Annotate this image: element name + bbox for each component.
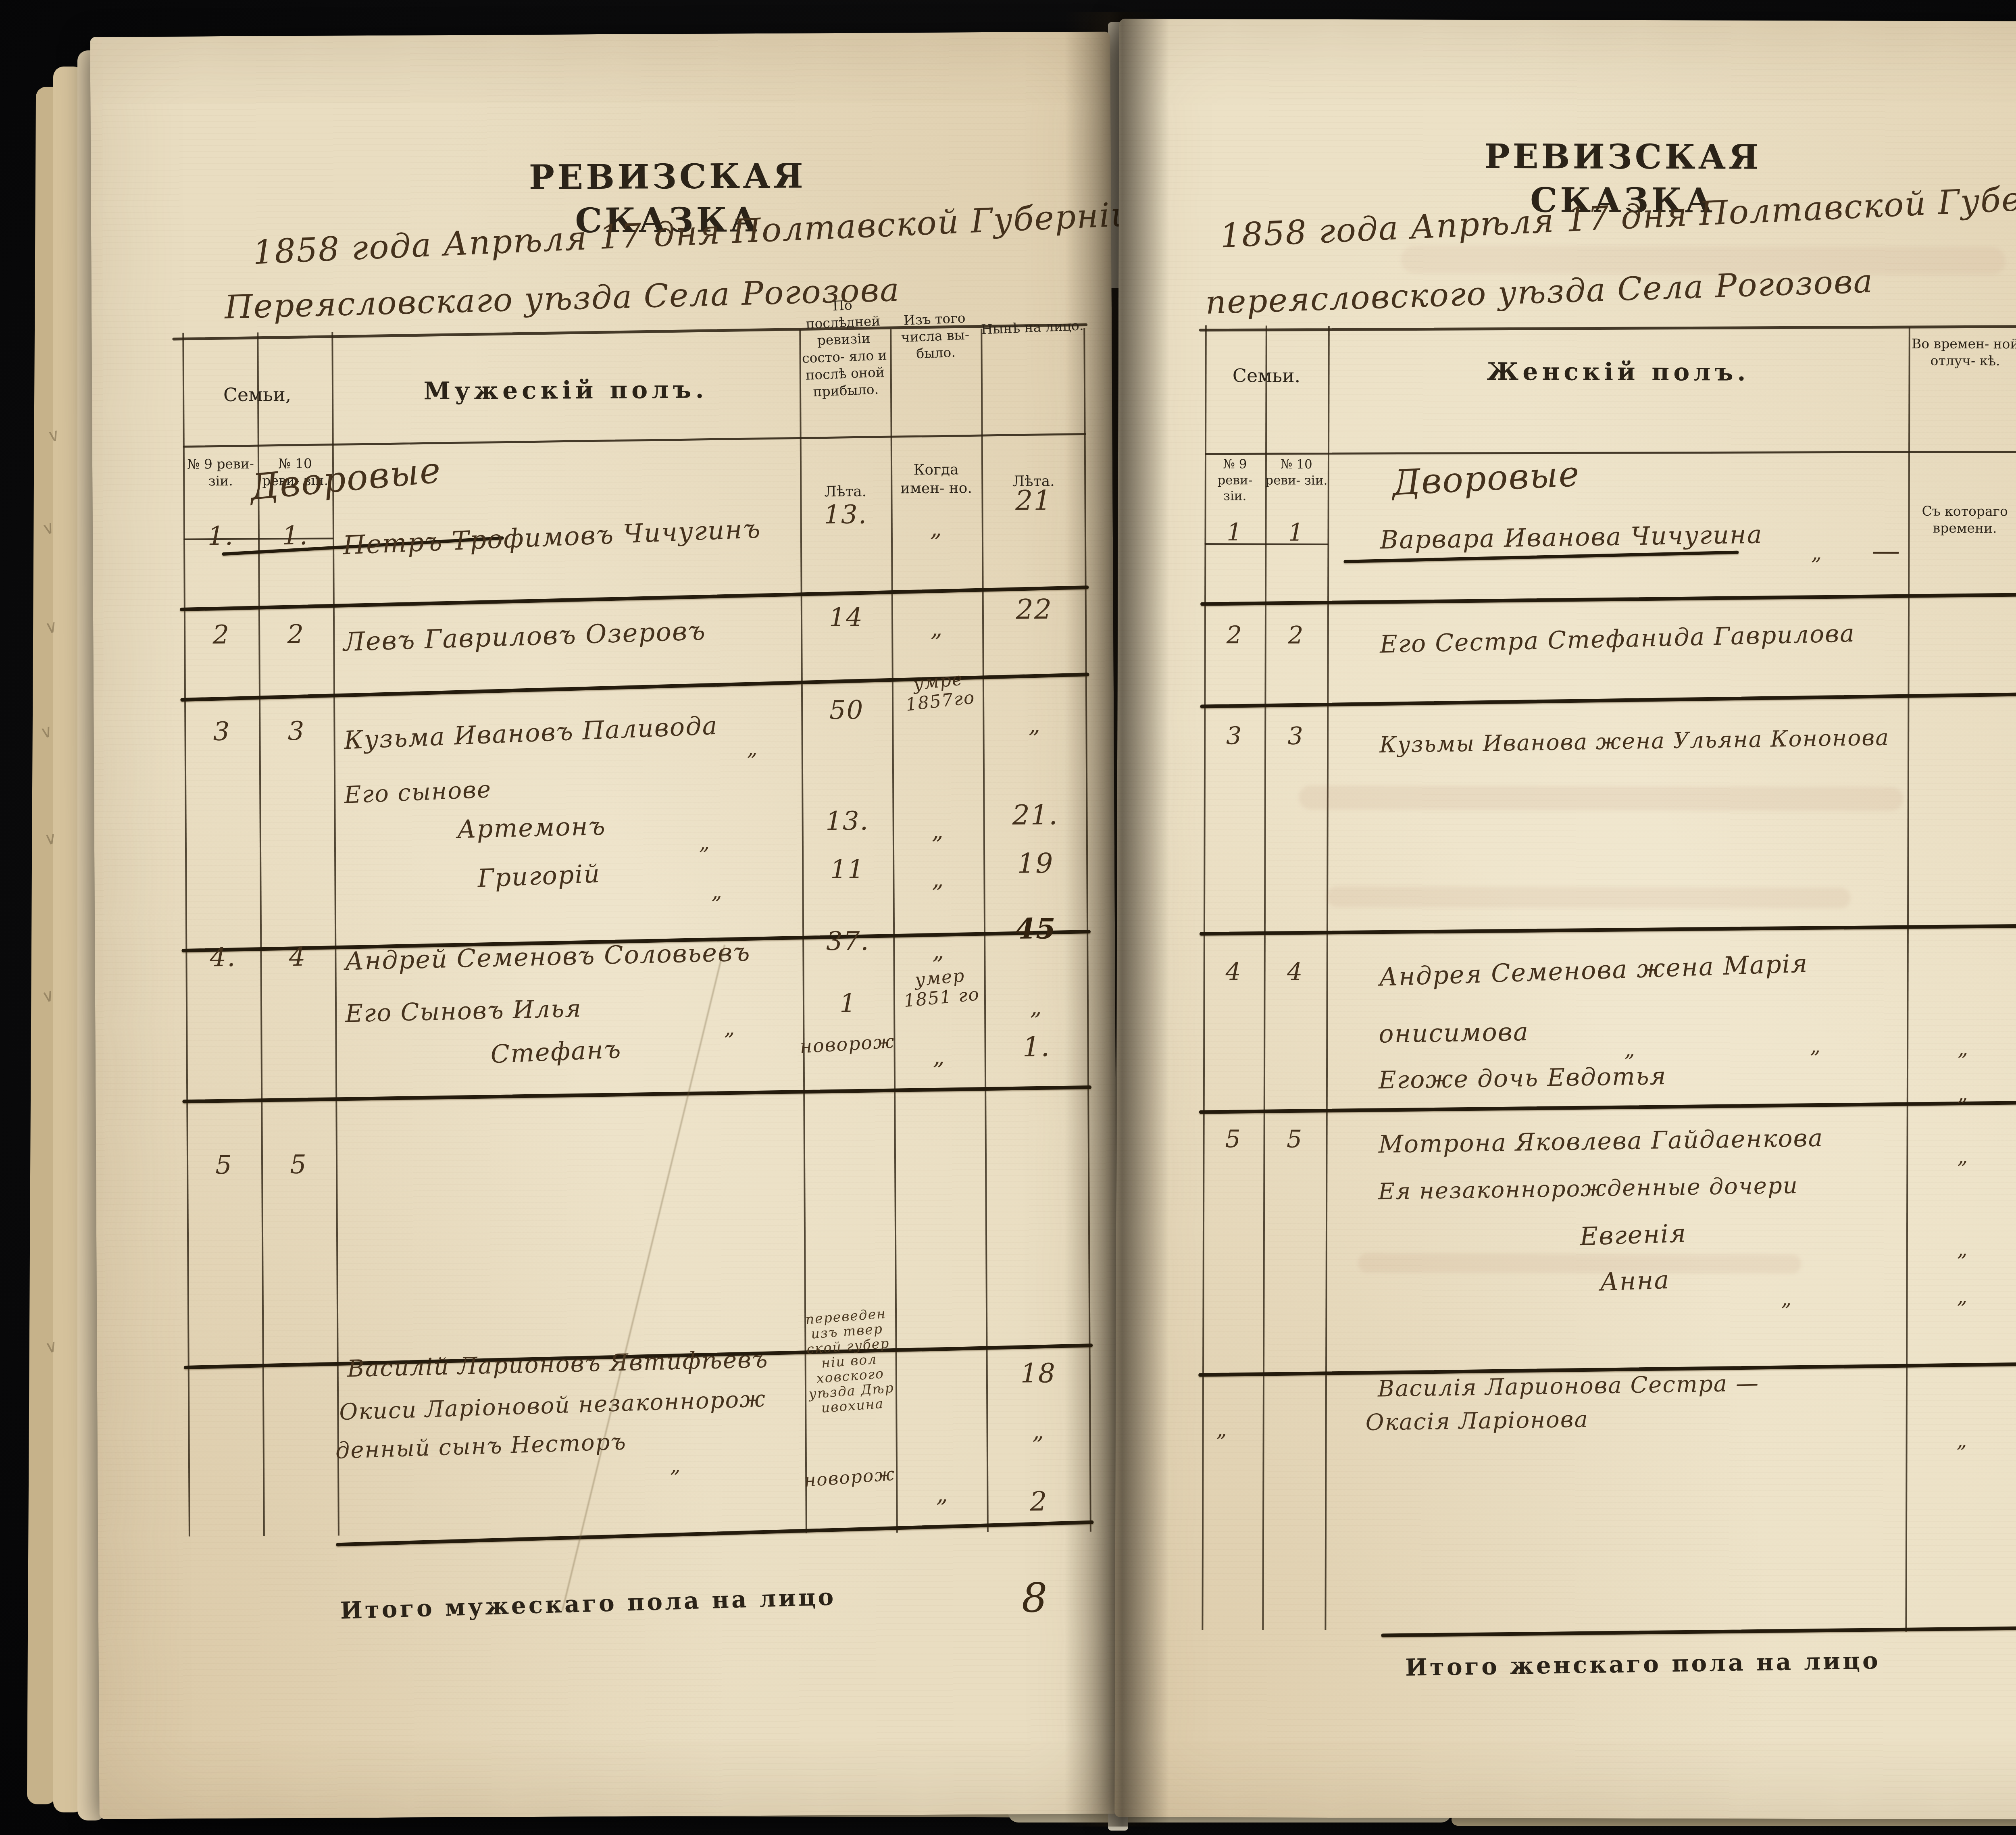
row-n10: 5 xyxy=(1263,1126,1326,1153)
row-separator xyxy=(1381,1625,2016,1637)
row-name: Григорій xyxy=(477,860,601,893)
row-name: Кузьмы Иванова жена Ульяна Кононова xyxy=(1379,725,1890,757)
row-transfer-note: переведен изъ твер ской губер ніи вол хо… xyxy=(798,1306,900,1417)
ditto-mark: „ xyxy=(893,939,984,964)
row-n9: 1 xyxy=(1204,519,1265,546)
ditto-mark: „ xyxy=(891,516,982,542)
col-header-departed: Изъ того числа вы- было. xyxy=(888,309,982,364)
row-name: Кузьма Ивановъ Паливода xyxy=(343,711,718,754)
total-label: Итого мужескаго пола на лицо xyxy=(340,1582,836,1626)
row-separator xyxy=(336,1520,1093,1547)
col-header-female: Женскій полъ. xyxy=(1328,356,1908,389)
row-age-was: 1 xyxy=(803,989,893,1019)
col-header-family: Семьи, xyxy=(183,383,332,407)
row-name-cont: Егоже дочь Евдотья xyxy=(1379,1063,1667,1094)
table-line xyxy=(182,333,190,1536)
pencil-check-mark: ∨ xyxy=(43,828,58,849)
row-n10: 5 xyxy=(261,1151,336,1180)
ditto-mark: „ xyxy=(898,1482,987,1508)
row-age-was: 13. xyxy=(800,500,891,530)
row-name: Левъ Гавриловъ Озеровъ xyxy=(343,617,706,657)
row-separator xyxy=(1200,592,2016,606)
row-name: Его Сестра Стефанида Гаврилова xyxy=(1379,620,1855,658)
ditto-mark: „ xyxy=(1907,1037,2016,1060)
col-header-male: Мужескій полъ. xyxy=(332,374,800,407)
row-n10: 3 xyxy=(1264,723,1327,750)
ditto-mark: „ xyxy=(747,737,758,760)
row-name: Василія Ларионова Сестра — xyxy=(1378,1371,1760,1402)
row-age-was: 50 xyxy=(801,696,892,725)
ditto-mark: „ xyxy=(670,1454,681,1477)
table-line xyxy=(1199,325,2016,331)
table-line xyxy=(331,332,339,1536)
ditto-mark: „ xyxy=(1906,1285,2016,1308)
row-n9: 5 xyxy=(1203,1126,1263,1153)
row-subheading: Ея незаконнорожденные дочери xyxy=(1378,1173,1798,1205)
group-title: Дворовые xyxy=(1391,454,1581,502)
total-label: Итого женскаго пола на лицо xyxy=(1405,1645,1881,1683)
row-n10: 1. xyxy=(258,522,333,551)
row-n9: 5 xyxy=(187,1151,261,1180)
row-n10: 1 xyxy=(1265,519,1327,546)
dash-mark: — xyxy=(1872,535,1901,567)
row-n9: 4. xyxy=(185,943,260,973)
row-age-was: новорож xyxy=(799,1464,901,1491)
row-separator xyxy=(182,1085,1091,1103)
row-n10: 2 xyxy=(1265,622,1327,649)
col-header-last-revision: По послѣдней ревизіи состо- яло и послѣ … xyxy=(796,295,892,401)
row-n9: 2 xyxy=(1204,622,1265,649)
row-age-was: 13. xyxy=(802,807,892,836)
row-n9: 4 xyxy=(1204,958,1264,986)
table-line xyxy=(183,433,1086,448)
ditto-mark: „ xyxy=(893,867,983,893)
row-daughter: Евгенія xyxy=(1579,1219,1687,1251)
col-header-when: Когда имен- но. xyxy=(891,460,981,498)
row-name: Андрей Семеновъ Соловьевъ xyxy=(345,938,751,975)
row-age-was: новорож xyxy=(796,1031,898,1058)
row-name-cont: онисимова xyxy=(1379,1018,1529,1048)
ditto-mark: „ xyxy=(724,1016,735,1039)
row-n10: 2 xyxy=(258,621,333,650)
ditto-mark: „ xyxy=(1216,1418,1228,1441)
row-name: Василій Ларионовъ Явтифѣевъ xyxy=(347,1346,768,1382)
row-n9: 2 xyxy=(184,621,258,650)
row-age-was: 37. xyxy=(802,927,893,956)
row-separator xyxy=(1199,1100,2016,1114)
row-name: Артемонъ xyxy=(457,812,606,844)
ink-bleed-stain xyxy=(1358,1253,1801,1274)
ditto-mark: „ xyxy=(1811,542,1822,564)
row-n9: 3 xyxy=(184,717,259,747)
row-subheading: Его сынове xyxy=(344,776,492,808)
row-age-was: 11 xyxy=(802,855,893,885)
row-name: Андрея Семенова жена Марія xyxy=(1379,949,1809,991)
row-separator xyxy=(1200,691,2016,708)
row-n10: 3 xyxy=(259,717,333,747)
row-n10: 4 xyxy=(1264,958,1327,986)
binding-shadow xyxy=(1064,12,1169,1827)
col-header-family: Семьи. xyxy=(1205,364,1328,388)
col-header-away: Во времен- ной отлуч- кѣ. xyxy=(1908,335,2016,370)
ditto-mark: „ xyxy=(711,880,723,903)
ditto-mark: „ xyxy=(1906,1145,2016,1168)
scanned-ledger-photo: РЕВИЗСКАЯ СКАЗКА 1858 года Апрѣля 17 дня… xyxy=(0,0,2016,1835)
row-name: Стефанъ xyxy=(490,1035,622,1068)
row-separator xyxy=(180,585,1089,611)
row-n10: 4 xyxy=(260,943,335,973)
ditto-mark: „ xyxy=(1906,1238,2016,1261)
right-page: 1324. РЕВИЗСКАЯ СКАЗКА 1858 года Апрѣля … xyxy=(1114,19,2016,1820)
row-when-note: умре 1857го xyxy=(894,667,985,716)
col-header-years-last: Лѣта. xyxy=(800,482,891,501)
ditto-mark: „ xyxy=(1810,1035,1821,1057)
row-name-cont: Окасія Ларіонова xyxy=(1365,1407,1589,1436)
row-name: Мотрона Яковлева Гайдаенкова xyxy=(1378,1125,1824,1158)
ink-bleed-stain xyxy=(1327,886,1851,908)
ditto-mark: „ xyxy=(1624,1038,1636,1061)
row-name: денный сынъ Несторъ xyxy=(335,1429,627,1464)
row-name: Его Сыновъ Илья xyxy=(345,995,582,1027)
table-line xyxy=(257,332,265,1536)
col-header-rev9: № 9 реви- зіи. xyxy=(1205,456,1265,504)
ditto-mark: „ xyxy=(891,616,982,642)
left-page: РЕВИЗСКАЯ СКАЗКА 1858 года Апрѣля 17 дня… xyxy=(90,31,1119,1819)
ditto-mark: „ xyxy=(893,819,983,844)
row-name: Варвара Иванова Чичугина xyxy=(1380,520,1763,554)
ditto-mark: „ xyxy=(1781,1287,1792,1310)
row-name: Петръ Трофимовъ Чичугинъ xyxy=(342,515,762,560)
row-when-note: умер 1851 го xyxy=(896,964,986,1012)
col-header-rev10: № 10 реви- зіи. xyxy=(1265,456,1328,489)
col-header-since: Съ котораго времени. xyxy=(1907,503,2016,537)
row-name: Окиси Ларіоновой незаконнорож xyxy=(339,1387,766,1425)
row-n9: 1. xyxy=(183,522,258,551)
ditto-mark: „ xyxy=(894,1044,985,1070)
total-value: 8 xyxy=(1021,1575,1048,1620)
row-separator xyxy=(1200,923,2016,936)
ditto-mark: „ xyxy=(1906,1429,2016,1452)
ink-bleed-stain xyxy=(1401,245,2006,275)
table-line xyxy=(1205,450,2016,455)
ink-bleed-stain xyxy=(1299,785,1904,811)
row-age-was: 14 xyxy=(801,603,891,633)
ditto-mark: „ xyxy=(1907,1082,2016,1105)
row-n9: 3 xyxy=(1204,723,1264,750)
ditto-mark: „ xyxy=(699,831,710,854)
col-header-rev9: № 9 реви- зіи. xyxy=(184,456,257,490)
